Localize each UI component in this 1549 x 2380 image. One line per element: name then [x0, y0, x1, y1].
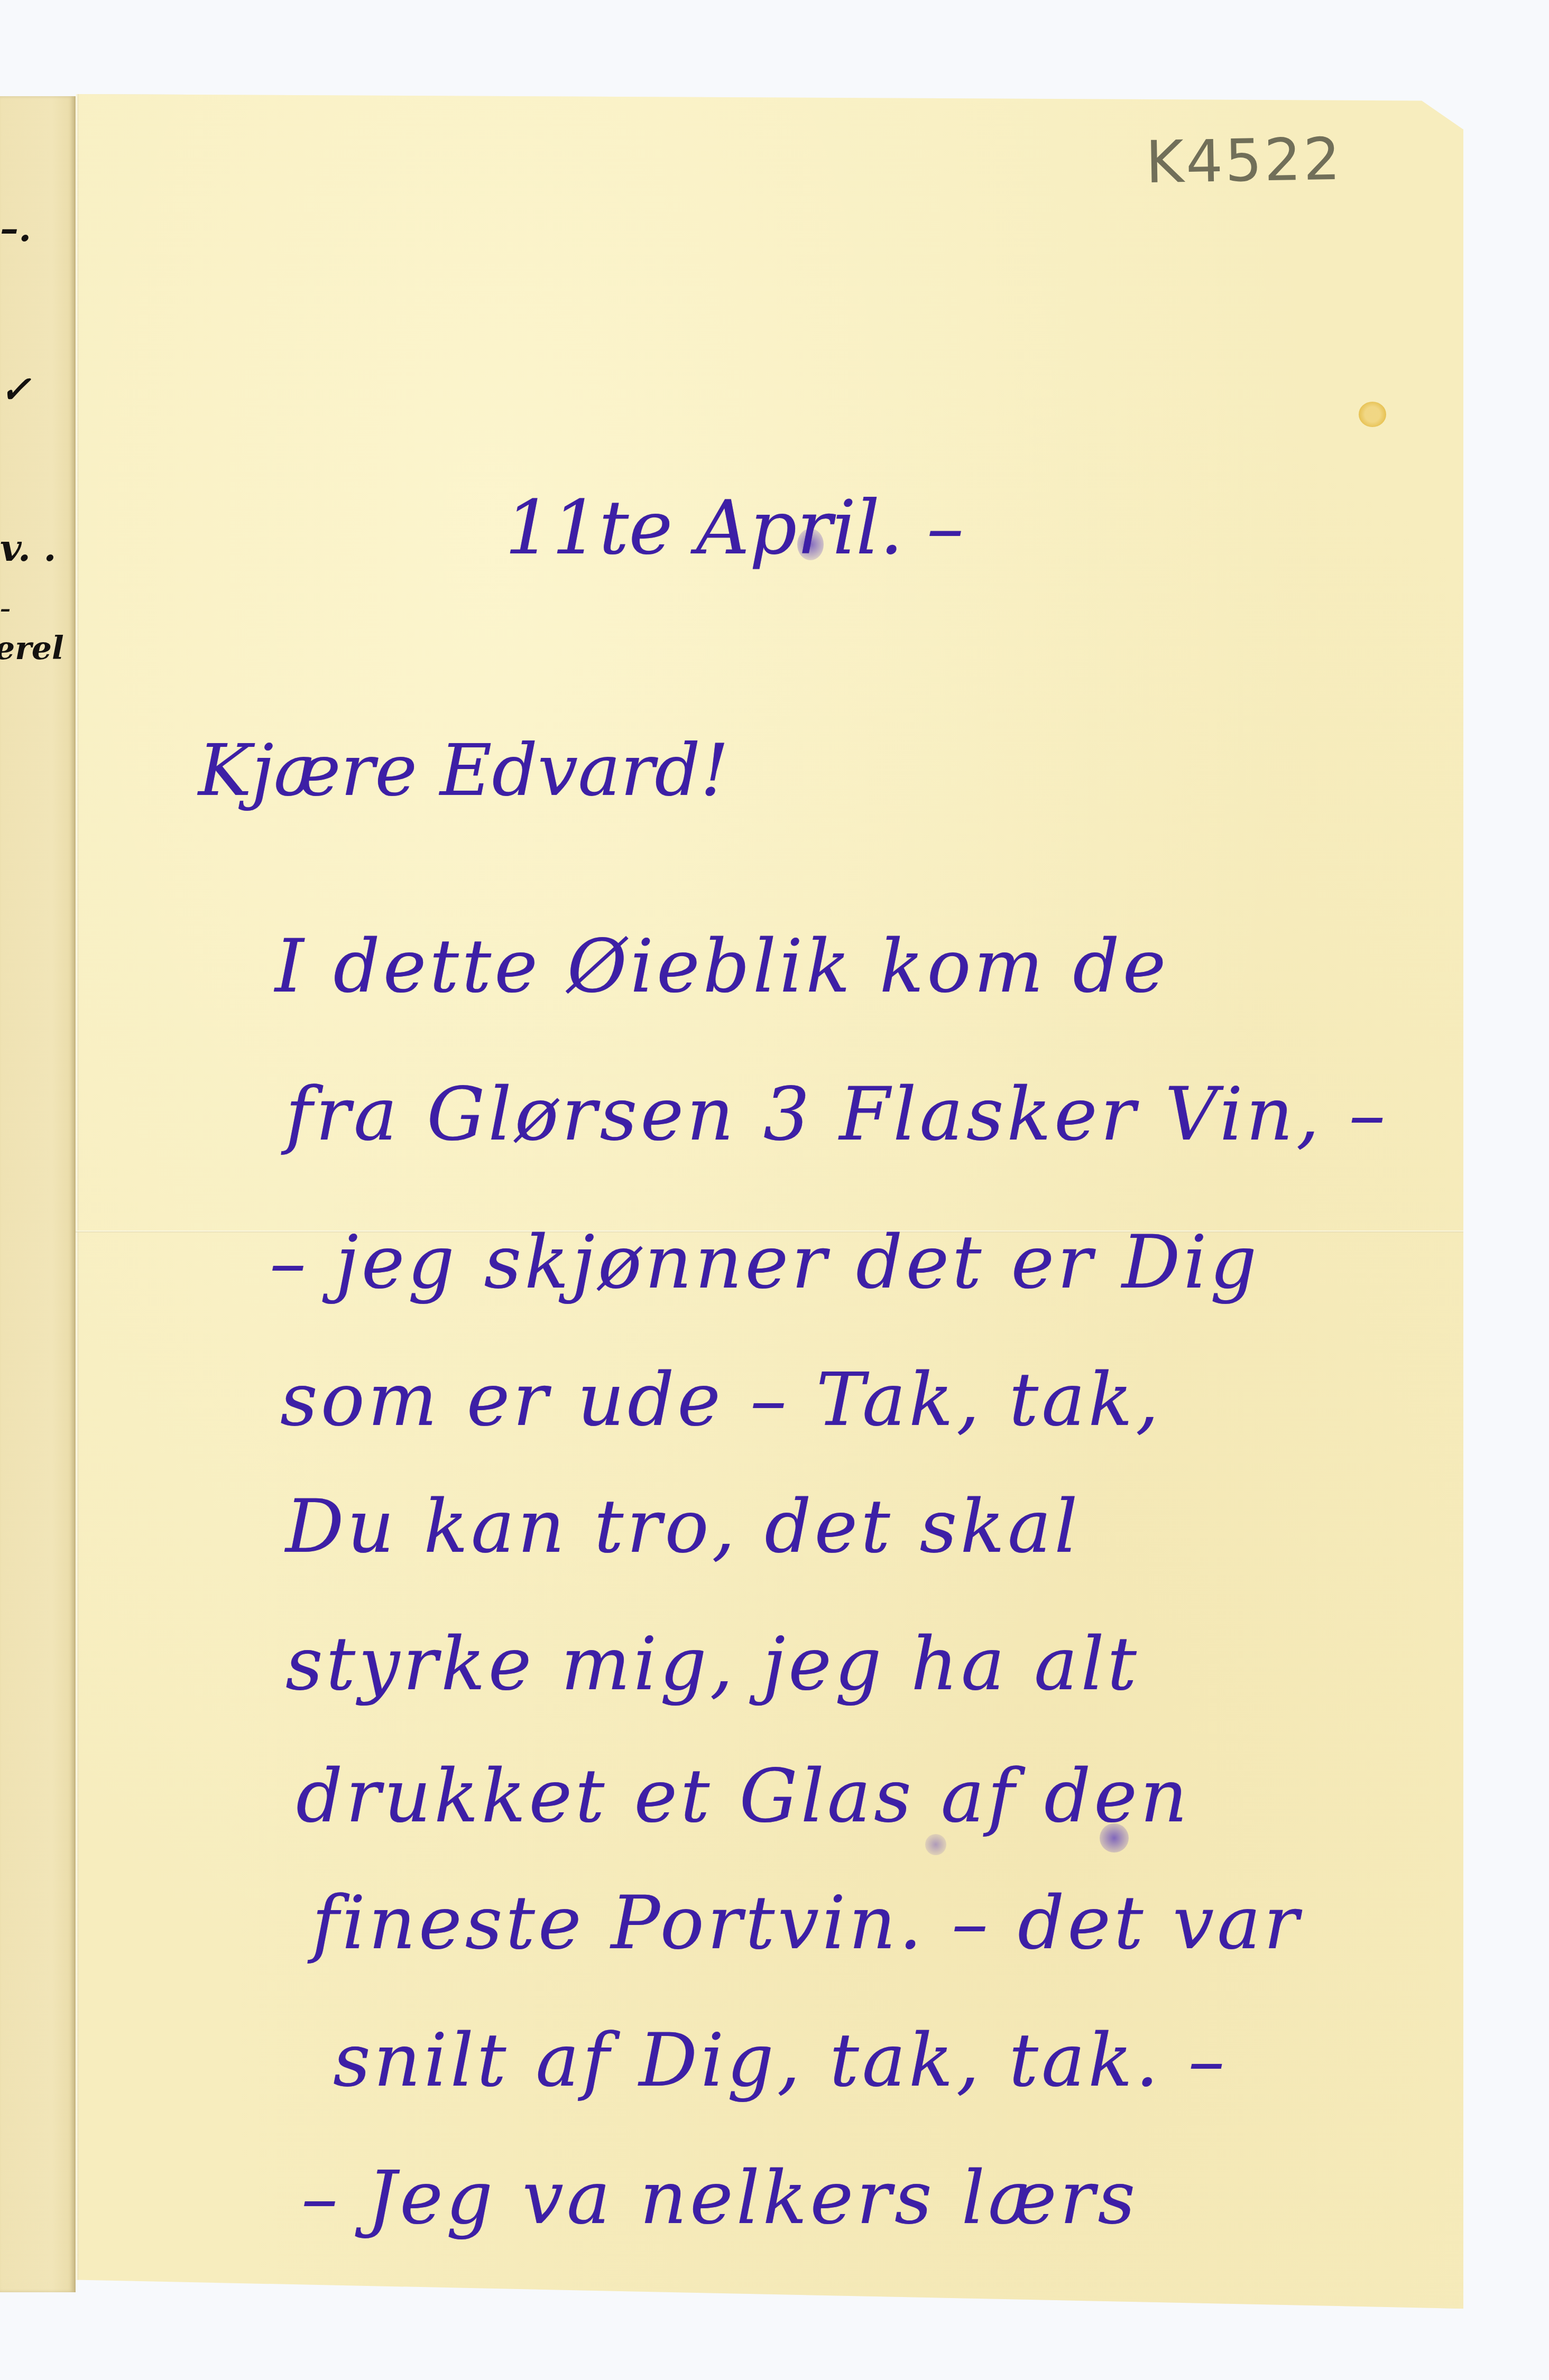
left-sheet-fragment: –. — [0, 210, 31, 247]
letter-line: – jeg skjønner det er Dig — [270, 1226, 1260, 1299]
letter-line: drukket et Glas af den — [296, 1760, 1191, 1833]
letter-salutation: Kjære Edvard! — [198, 735, 729, 806]
letter-line: fineste Portvin. – det var — [312, 1887, 1302, 1960]
letter-line: styrke mig, jeg ha alt — [285, 1628, 1140, 1701]
catalog-number: K4522 — [1145, 125, 1343, 196]
left-sheet-fragment: v. . — [0, 530, 57, 567]
letter-line: snilt af Dig, tak, tak. – — [333, 2024, 1228, 2097]
paper-stain — [1359, 402, 1386, 427]
page-fold-vertical — [76, 94, 79, 2309]
left-sheet-fragment: – — [0, 598, 11, 619]
left-sheet-fragment: ✓ — [0, 371, 31, 408]
letter-line: som er ude – Tak, tak, — [280, 1364, 1162, 1437]
letter-line: fra Glørsen 3 Flasker Vin, – — [285, 1078, 1389, 1151]
letter-date: 11te April. – — [505, 492, 964, 566]
letter-page — [76, 94, 1463, 2309]
left-sheet-fragment: erel — [0, 633, 64, 664]
adjoining-left-sheet: –. ✓ v. . – erel — [0, 96, 76, 2292]
letter-line: Du kan tro, det skal — [285, 1490, 1081, 1563]
letter-line: I dette Øieblik kom de — [275, 930, 1169, 1003]
letter-line: – Jeg va nelkers lærs — [301, 2162, 1138, 2235]
